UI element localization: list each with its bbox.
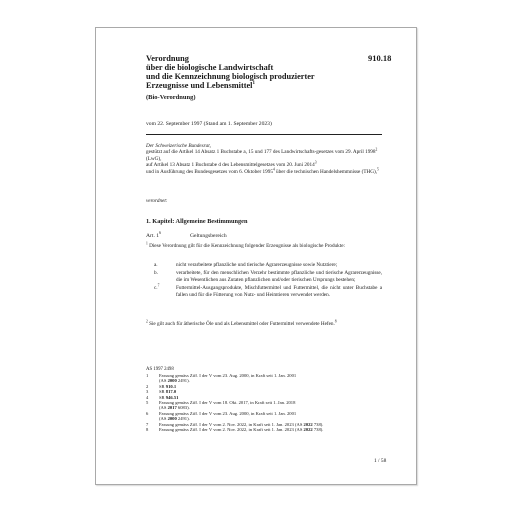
document-title: Verordnung über die biologische Landwirt… <box>146 54 386 90</box>
footnote-ref[interactable]: 6 <box>159 231 161 235</box>
footnote-ref[interactable]: 1 <box>252 81 255 86</box>
short-title: (Bio-Verordnung) <box>146 94 195 101</box>
link-as-ref[interactable]: 2022 <box>304 427 313 432</box>
page-number: 1 / 58 <box>374 458 386 464</box>
list-item: a. nicht verarbeitete pflanzliche und ti… <box>146 262 382 268</box>
date-line: vom 22. September 1997 (Stand am 1. Sept… <box>146 121 272 127</box>
footnote: 1Fassung gemäss Ziff. I der V vom 23. Au… <box>146 373 396 384</box>
footnote-header: AS 1997 2498 <box>146 367 174 372</box>
title-line: über die biologische Landwirtschaft <box>146 63 386 72</box>
link-as-ref[interactable]: 2000 <box>168 416 177 421</box>
footnote-ref[interactable]: 5 <box>377 167 379 171</box>
preamble: Der Schweizerische Bundesrat, gestützt a… <box>146 143 382 175</box>
title-line: und die Kennzeichnung biologisch produzi… <box>146 72 386 81</box>
footnotes: 1Fassung gemäss Ziff. I der V vom 23. Au… <box>146 373 396 432</box>
title-line: Verordnung <box>146 54 386 63</box>
article-heading: Art. 16Geltungsbereich <box>146 233 227 239</box>
footnote-ref[interactable]: 8 <box>335 319 337 323</box>
item-list: a. nicht verarbeitete pflanzliche und ti… <box>146 262 382 300</box>
footnote-ref[interactable]: 3 <box>315 160 317 164</box>
link-as-ref[interactable]: 2017 <box>168 405 177 410</box>
document-page: 910.18 Verordnung über die biologische L… <box>95 27 417 485</box>
list-item: b. verarbeitete, für den menschlichen Ve… <box>146 270 382 283</box>
footnote: 5Fassung gemäss Ziff. I der V vom 18. Ok… <box>146 400 396 411</box>
verordnet: verordnet: <box>146 198 168 204</box>
separator <box>146 134 382 135</box>
paragraph-2: 2 Sie gilt auch für ätherische Öle und a… <box>146 321 382 327</box>
link-as-ref[interactable]: 946.51 <box>166 395 179 400</box>
footnote: 8Fassung gemäss Ziff. I der V vom 2. Nov… <box>146 427 396 432</box>
link-as-ref[interactable]: 910.1 <box>166 384 176 389</box>
link-as-ref[interactable]: 2022 <box>304 422 313 427</box>
legal-basis: gestützt auf die Artikel 14 Absatz 1 Buc… <box>146 149 382 175</box>
link-as-ref[interactable]: 817.0 <box>166 389 176 394</box>
footnote-ref[interactable]: 7 <box>158 283 160 287</box>
footnote-ref[interactable]: 2 <box>376 148 378 152</box>
footnote: 6Fassung gemäss Ziff. I der V vom 23. Au… <box>146 411 396 422</box>
title-line: Erzeugnisse und Lebensmittel1 <box>146 81 386 90</box>
link-as-ref[interactable]: 2000 <box>168 378 177 383</box>
chapter-heading: 1. Kapitel: Allgemeine Bestimmungen <box>146 218 247 225</box>
list-item: c.7 Futtermittel-Ausgangsprodukte, Misch… <box>146 285 382 298</box>
article-title: Geltungsbereich <box>190 233 227 239</box>
paragraph-1: 1 Diese Verordnung gilt für die Kennzeic… <box>146 243 382 249</box>
